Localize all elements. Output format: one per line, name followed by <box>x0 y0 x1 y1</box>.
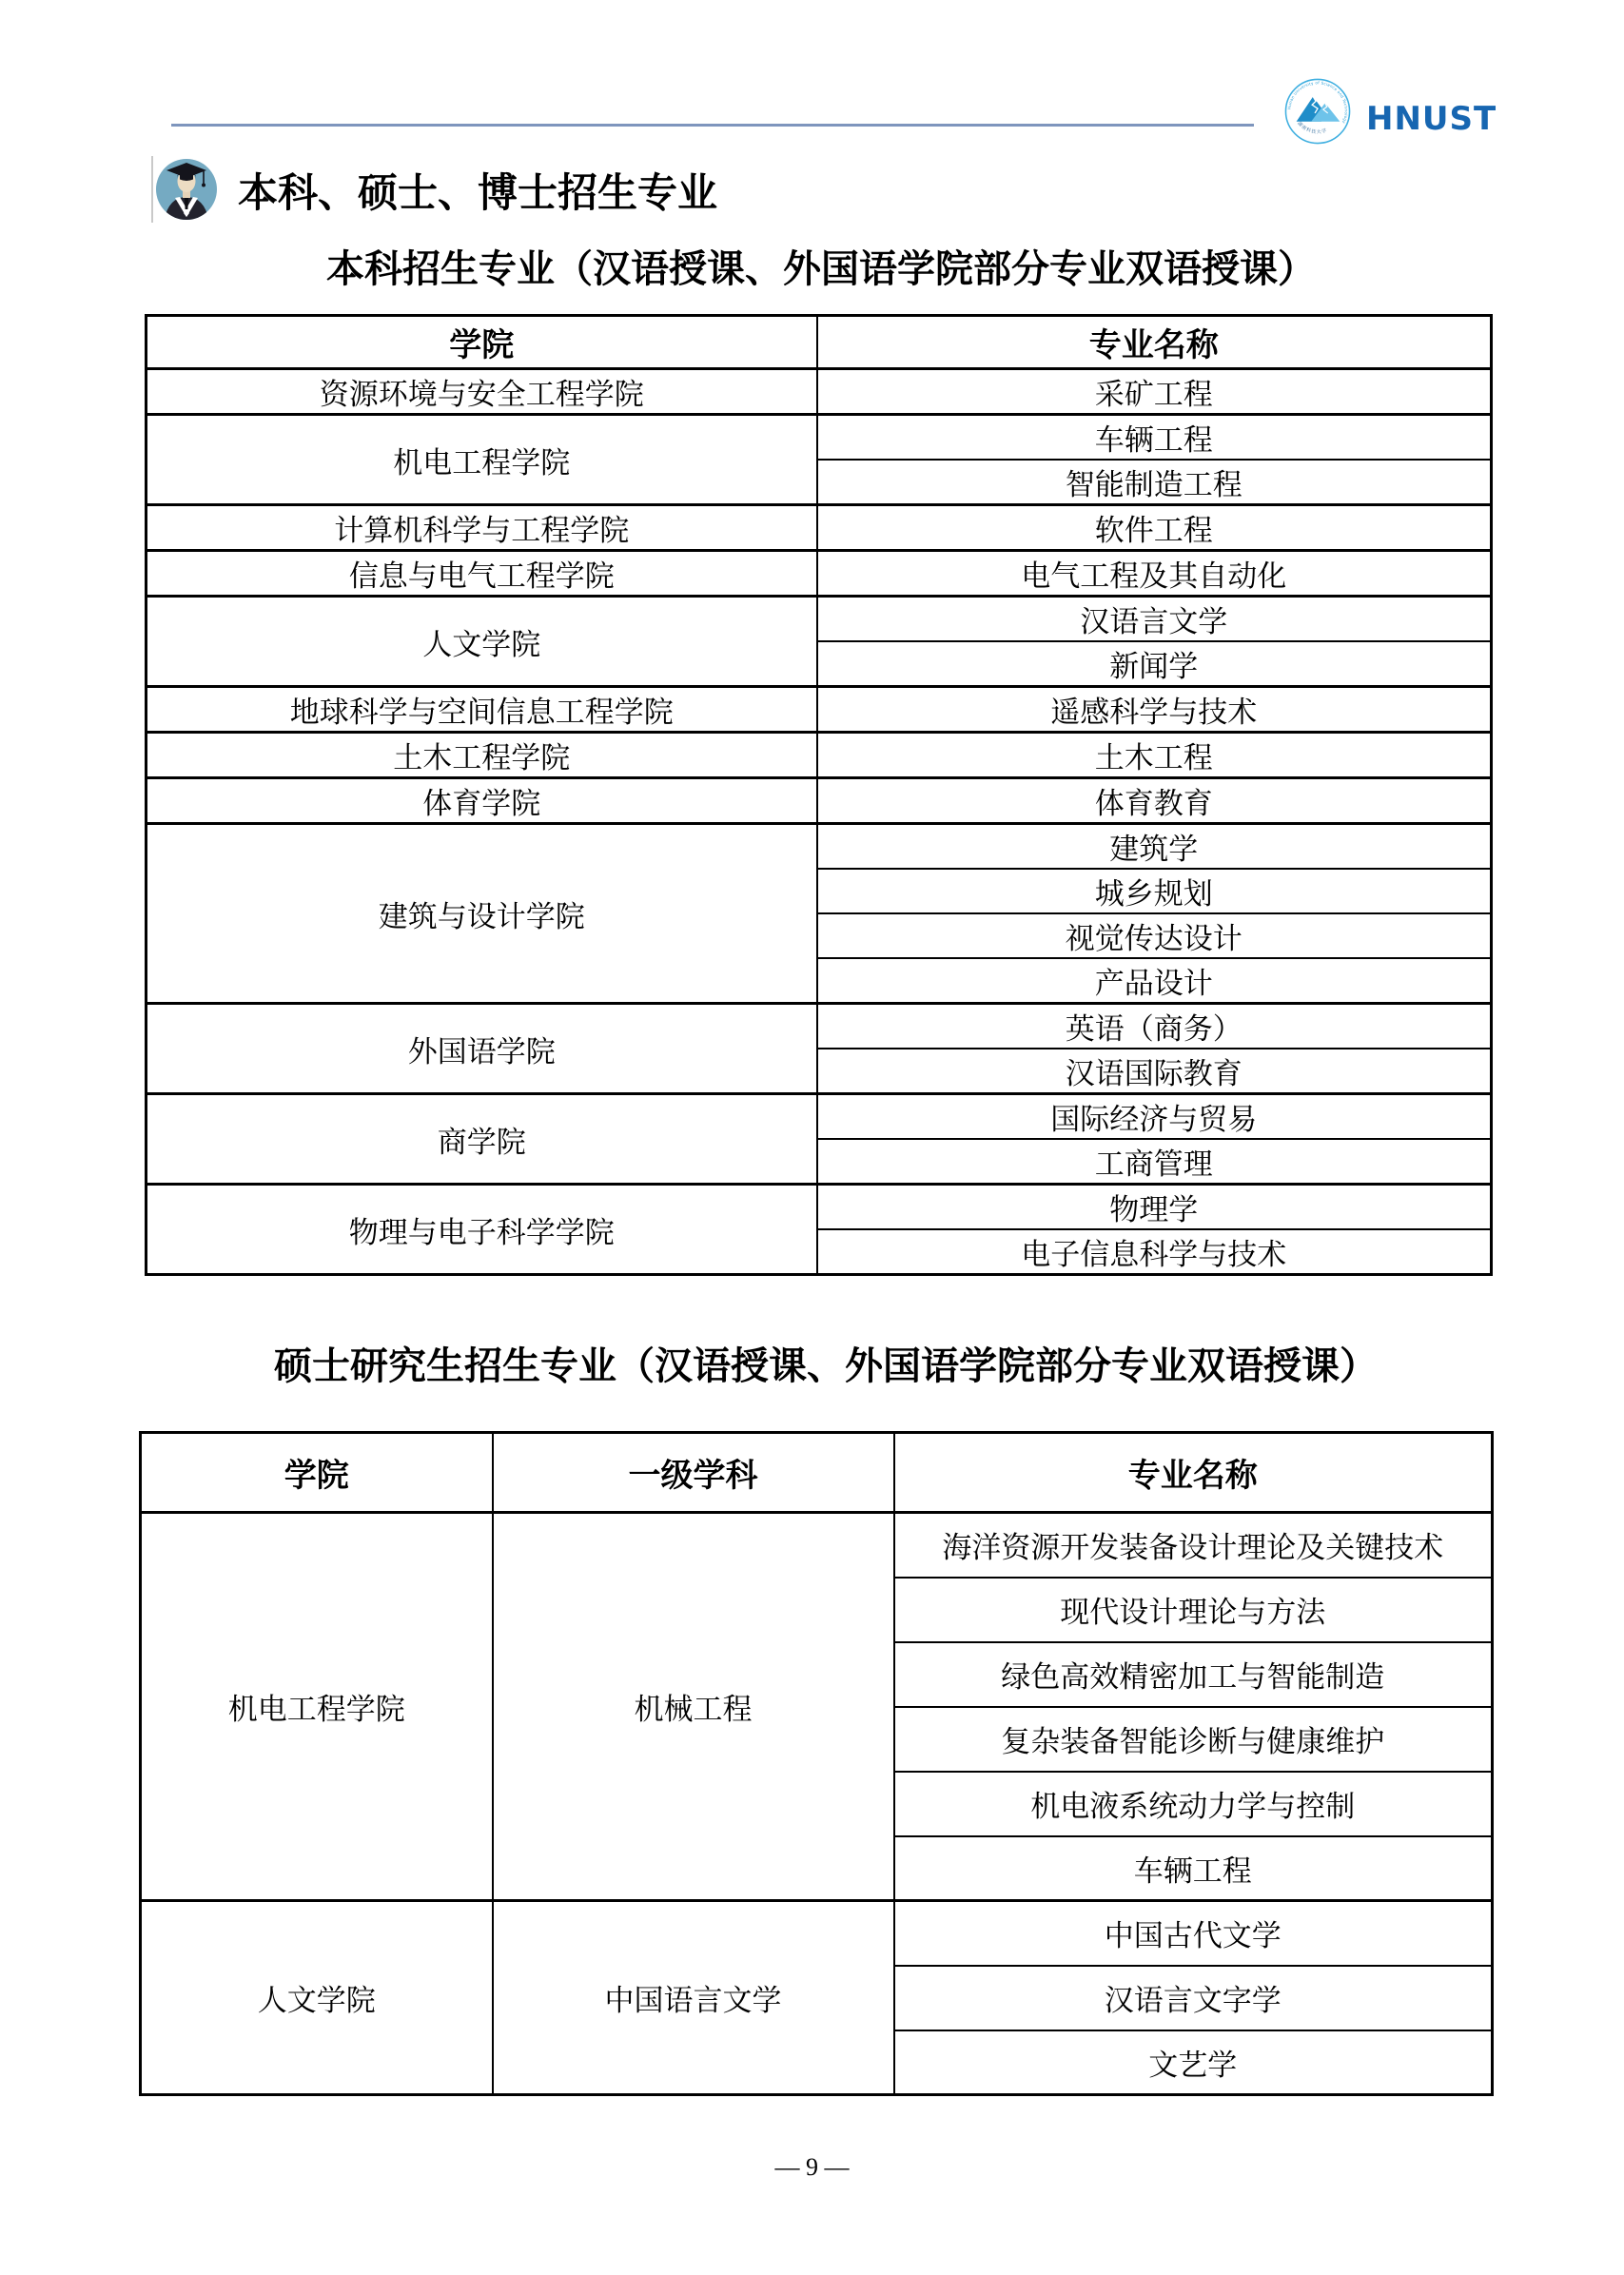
table-row: 外国语学院英语（商务） <box>147 1004 1492 1049</box>
table-row: 人文学院汉语言文学 <box>147 597 1492 642</box>
major-cell: 机电液系统动力学与控制 <box>894 1772 1493 1836</box>
college-cell: 信息与电气工程学院 <box>147 551 817 597</box>
college-cell: 外国语学院 <box>147 1004 817 1094</box>
major-cell: 车辆工程 <box>894 1836 1493 1901</box>
college-cell: 商学院 <box>147 1094 817 1185</box>
major-cell: 物理学 <box>817 1185 1492 1230</box>
major-cell: 汉语国际教育 <box>817 1049 1492 1094</box>
master-discipline-header: 一级学科 <box>493 1433 894 1513</box>
undergrad-header-row: 学院 专业名称 <box>147 316 1492 369</box>
major-cell: 电子信息科学与技术 <box>817 1229 1492 1275</box>
master-header-row: 学院 一级学科 专业名称 <box>141 1433 1493 1513</box>
undergrad-majors-table: 学院 专业名称 资源环境与安全工程学院采矿工程机电工程学院车辆工程智能制造工程计… <box>145 314 1493 1276</box>
table-row: 资源环境与安全工程学院采矿工程 <box>147 369 1492 415</box>
badge-left-rule <box>151 156 153 223</box>
college-cell: 人文学院 <box>147 597 817 687</box>
major-cell: 视觉传达设计 <box>817 913 1492 958</box>
undergrad-table-body: 资源环境与安全工程学院采矿工程机电工程学院车辆工程智能制造工程计算机科学与工程学… <box>147 369 1492 1275</box>
table-row: 土木工程学院土木工程 <box>147 733 1492 778</box>
major-cell: 遥感科学与技术 <box>817 687 1492 733</box>
page-number-footer: — 9 — <box>0 2152 1624 2182</box>
major-cell: 城乡规划 <box>817 869 1492 913</box>
table-row: 物理与电子科学学院物理学 <box>147 1185 1492 1230</box>
master-majors-table: 学院 一级学科 专业名称 机电工程学院机械工程海洋资源开发装备设计理论及关键技术… <box>139 1431 1494 2096</box>
table-row: 机电工程学院车辆工程 <box>147 415 1492 461</box>
major-cell: 复杂装备智能诊断与健康维护 <box>894 1707 1493 1772</box>
major-cell: 工商管理 <box>817 1139 1492 1185</box>
major-cell: 智能制造工程 <box>817 460 1492 505</box>
major-cell: 体育教育 <box>817 778 1492 824</box>
college-cell: 地球科学与空间信息工程学院 <box>147 687 817 733</box>
major-cell: 英语（商务） <box>817 1004 1492 1049</box>
graduate-badge-icon <box>156 159 217 220</box>
college-cell: 资源环境与安全工程学院 <box>147 369 817 415</box>
college-cell: 建筑与设计学院 <box>147 824 817 1004</box>
hnust-logo-text: HNUST <box>1366 103 1497 135</box>
major-cell: 绿色高效精密加工与智能制造 <box>894 1642 1493 1707</box>
page-title: 本科、硕士、博士招生专业 <box>238 171 717 215</box>
master-table-body: 机电工程学院机械工程海洋资源开发装备设计理论及关键技术现代设计理论与方法绿色高效… <box>141 1513 1493 2095</box>
major-cell: 现代设计理论与方法 <box>894 1578 1493 1642</box>
major-cell: 中国古代文学 <box>894 1901 1493 1966</box>
college-cell: 机电工程学院 <box>141 1513 493 1901</box>
college-cell: 计算机科学与工程学院 <box>147 505 817 551</box>
college-cell: 体育学院 <box>147 778 817 824</box>
discipline-cell: 中国语言文学 <box>493 1901 894 2095</box>
major-cell: 建筑学 <box>817 824 1492 870</box>
major-cell: 文艺学 <box>894 2030 1493 2095</box>
undergrad-subtitle: 本科招生专业（汉语授课、外国语学院部分专业双语授课） <box>326 249 1316 289</box>
table-row: 建筑与设计学院建筑学 <box>147 824 1492 870</box>
major-cell: 国际经济与贸易 <box>817 1094 1492 1140</box>
master-college-header: 学院 <box>141 1433 493 1513</box>
major-cell: 采矿工程 <box>817 369 1492 415</box>
master-subtitle: 硕士研究生招生专业（汉语授课、外国语学院部分专业双语授课） <box>274 1346 1378 1386</box>
college-cell: 物理与电子科学学院 <box>147 1185 817 1275</box>
table-row: 计算机科学与工程学院软件工程 <box>147 505 1492 551</box>
table-row: 信息与电气工程学院电气工程及其自动化 <box>147 551 1492 597</box>
master-major-header: 专业名称 <box>894 1433 1493 1513</box>
major-cell: 电气工程及其自动化 <box>817 551 1492 597</box>
major-cell: 海洋资源开发装备设计理论及关键技术 <box>894 1513 1493 1578</box>
major-cell: 软件工程 <box>817 505 1492 551</box>
table-row: 体育学院体育教育 <box>147 778 1492 824</box>
major-cell: 车辆工程 <box>817 415 1492 461</box>
college-cell: 机电工程学院 <box>147 415 817 505</box>
major-cell: 汉语言文学 <box>817 597 1492 642</box>
table-row: 商学院国际经济与贸易 <box>147 1094 1492 1140</box>
major-cell: 产品设计 <box>817 958 1492 1004</box>
major-cell: 土木工程 <box>817 733 1492 778</box>
major-cell: 汉语言文字学 <box>894 1966 1493 2030</box>
discipline-cell: 机械工程 <box>493 1513 894 1901</box>
header-rule-line <box>171 124 1254 127</box>
undergrad-college-header: 学院 <box>147 316 817 369</box>
table-row: 地球科学与空间信息工程学院遥感科学与技术 <box>147 687 1492 733</box>
table-row: 机电工程学院机械工程海洋资源开发装备设计理论及关键技术 <box>141 1513 1493 1578</box>
hnust-emblem-icon: Hunan University of Science and Technolo… <box>1284 78 1351 145</box>
college-cell: 人文学院 <box>141 1901 493 2095</box>
undergrad-major-header: 专业名称 <box>817 316 1492 369</box>
table-row: 人文学院中国语言文学中国古代文学 <box>141 1901 1493 1966</box>
major-cell: 新闻学 <box>817 641 1492 687</box>
college-cell: 土木工程学院 <box>147 733 817 778</box>
